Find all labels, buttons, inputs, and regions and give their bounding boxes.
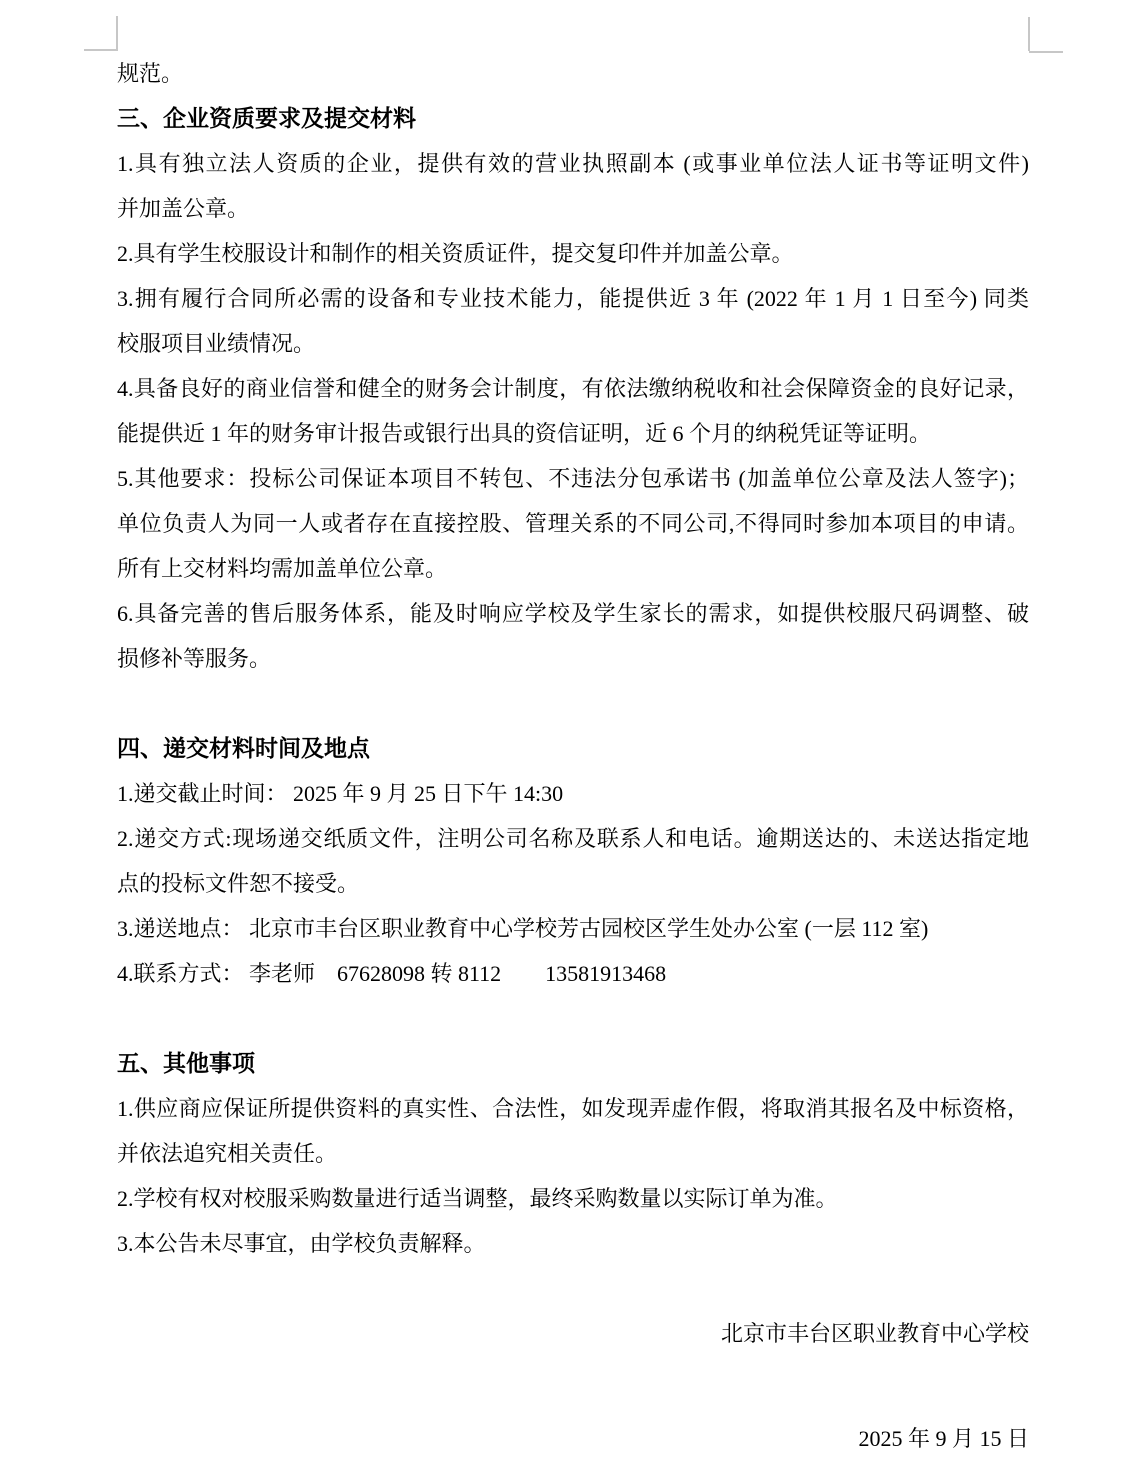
paragraph-line: 5.其他要求：投标公司保证本项目不转包、不违法分包承诺书 (加盖单位公章及法人签…: [117, 456, 1029, 501]
blank-line: [117, 681, 1029, 726]
section-heading-5: 五、其他事项: [117, 1041, 1029, 1086]
paragraph-line: 6.具备完善的售后服务体系，能及时响应学校及学生家长的需求，如提供校服尺码调整、…: [117, 591, 1029, 636]
item-3-5: 5.其他要求：投标公司保证本项目不转包、不违法分包承诺书 (加盖单位公章及法人签…: [117, 456, 1029, 591]
paragraph-tail: 规范。: [117, 51, 1029, 96]
item-4-4: 4.联系方式： 李老师 67628098 转 8112 13581913468: [117, 951, 1029, 996]
item-4-1: 1.递交截止时间： 2025 年 9 月 25 日下午 14:30: [117, 771, 1029, 816]
blank-line: [117, 1266, 1029, 1311]
paragraph-line: 并加盖公章。: [117, 186, 1029, 231]
paragraph-line: 规范。: [117, 51, 1029, 96]
paragraph-line: 3.递送地点： 北京市丰台区职业教育中心学校芳古园校区学生处办公室 (一层 11…: [117, 906, 1029, 951]
paragraph-line: 3.拥有履行合同所必需的设备和专业技术能力，能提供近 3 年 (2022 年 1…: [117, 276, 1029, 321]
paragraph-line: 1.具有独立法人资质的企业，提供有效的营业执照副本 (或事业单位法人证书等证明文…: [117, 141, 1029, 186]
item-4-3: 3.递送地点： 北京市丰台区职业教育中心学校芳古园校区学生处办公室 (一层 11…: [117, 906, 1029, 951]
crop-mark-top-right-horizontal: [1029, 51, 1063, 53]
item-3-2: 2.具有学生校服设计和制作的相关资质证件，提交复印件并加盖公章。: [117, 231, 1029, 276]
document-page: { "page": { "background": "#ffffff", "cr…: [0, 0, 1138, 1474]
blank-line: [117, 1356, 1029, 1416]
paragraph-line: 4.具备良好的商业信誉和健全的财务会计制度，有依法缴纳税收和社会保障资金的良好记…: [117, 366, 1029, 411]
paragraph-line: 3.本公告未尽事宜，由学校负责解释。: [117, 1221, 1029, 1266]
paragraph-line: 2.具有学生校服设计和制作的相关资质证件，提交复印件并加盖公章。: [117, 231, 1029, 276]
item-3-4: 4.具备良好的商业信誉和健全的财务会计制度，有依法缴纳税收和社会保障资金的良好记…: [117, 366, 1029, 456]
paragraph-line: 2.学校有权对校服采购数量进行适当调整，最终采购数量以实际订单为准。: [117, 1176, 1029, 1221]
date-line: 2025 年 9 月 15 日: [117, 1416, 1029, 1461]
item-3-6: 6.具备完善的售后服务体系，能及时响应学校及学生家长的需求，如提供校服尺码调整、…: [117, 591, 1029, 681]
item-5-2: 2.学校有权对校服采购数量进行适当调整，最终采购数量以实际订单为准。: [117, 1176, 1029, 1221]
section-heading-4: 四、递交材料时间及地点: [117, 726, 1029, 771]
signature-line: 北京市丰台区职业教育中心学校: [117, 1311, 1029, 1356]
crop-mark-top-left-horizontal: [84, 49, 118, 51]
paragraph-line: 1.递交截止时间： 2025 年 9 月 25 日下午 14:30: [117, 771, 1029, 816]
paragraph-line: 能提供近 1 年的财务审计报告或银行出具的资信证明，近 6 个月的纳税凭证等证明…: [117, 411, 1029, 456]
item-3-1: 1.具有独立法人资质的企业，提供有效的营业执照副本 (或事业单位法人证书等证明文…: [117, 141, 1029, 231]
document-body: 规范。三、企业资质要求及提交材料1.具有独立法人资质的企业，提供有效的营业执照副…: [117, 51, 1029, 1461]
item-3-3: 3.拥有履行合同所必需的设备和专业技术能力，能提供近 3 年 (2022 年 1…: [117, 276, 1029, 366]
paragraph-line: 单位负责人为同一人或者存在直接控股、管理关系的不同公司,不得同时参加本项目的申请…: [117, 501, 1029, 546]
paragraph-line: 所有上交材料均需加盖单位公章。: [117, 546, 1029, 591]
item-5-1: 1.供应商应保证所提供资料的真实性、合法性，如发现弄虚作假，将取消其报名及中标资…: [117, 1086, 1029, 1176]
paragraph-line: 1.供应商应保证所提供资料的真实性、合法性，如发现弄虚作假，将取消其报名及中标资…: [117, 1086, 1029, 1131]
paragraph-line: 校服项目业绩情况。: [117, 321, 1029, 366]
section-heading-3: 三、企业资质要求及提交材料: [117, 96, 1029, 141]
paragraph-line: 损修补等服务。: [117, 636, 1029, 681]
paragraph-line: 点的投标文件恕不接受。: [117, 861, 1029, 906]
crop-mark-top-left-vertical: [116, 16, 118, 50]
paragraph-line: 4.联系方式： 李老师 67628098 转 8112 13581913468: [117, 951, 1029, 996]
blank-line: [117, 996, 1029, 1041]
item-5-3: 3.本公告未尽事宜，由学校负责解释。: [117, 1221, 1029, 1266]
paragraph-line: 并依法追究相关责任。: [117, 1131, 1029, 1176]
paragraph-line: 2.递交方式:现场递交纸质文件，注明公司名称及联系人和电话。逾期送达的、未送达指…: [117, 816, 1029, 861]
item-4-2: 2.递交方式:现场递交纸质文件，注明公司名称及联系人和电话。逾期送达的、未送达指…: [117, 816, 1029, 906]
crop-mark-top-right-vertical: [1028, 17, 1030, 51]
